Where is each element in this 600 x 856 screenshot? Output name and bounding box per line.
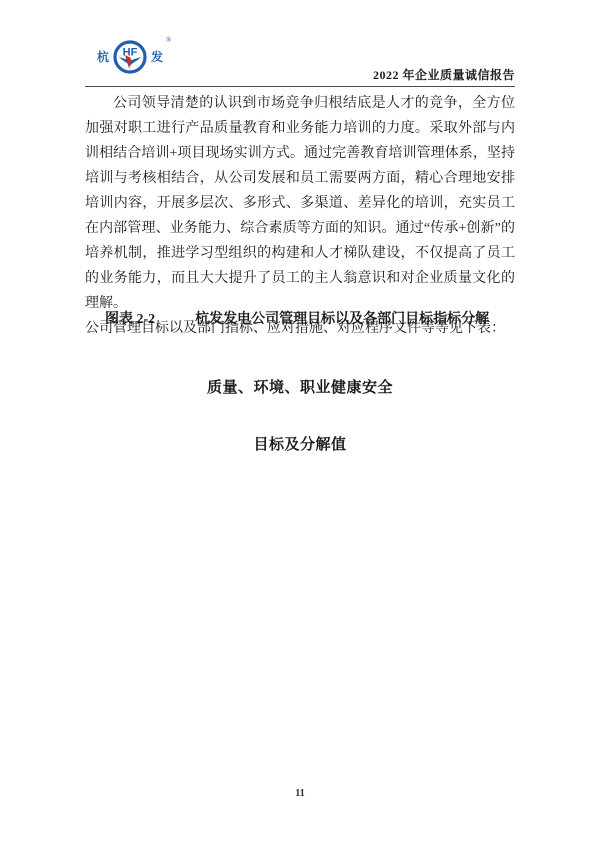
figure-caption-title: 杭发发电公司管理目标以及各部门目标指标分解 (195, 312, 489, 327)
section-heading-quality: 质量、环境、职业健康安全 (0, 376, 600, 397)
page-header: 杭 HF 发 ® 2022 年企业质量诚信报告 (85, 36, 515, 87)
body-text: 公司领导清楚的认识到市场竞争归根结底是人才的竞争，全方位加强对职工进行产品质量教… (85, 91, 515, 341)
page-number: 11 (0, 788, 600, 799)
logo-left-char: 杭 (97, 51, 109, 63)
registered-trademark-icon: ® (166, 36, 171, 44)
body-paragraph: 公司领导清楚的认识到市场竞争归根结底是人才的竞争，全方位加强对职工进行产品质量教… (85, 91, 515, 316)
figure-caption: 图表 2-2杭发发电公司管理目标以及各部门目标指标分解 (105, 308, 489, 328)
section-heading-target: 目标及分解值 (0, 433, 600, 454)
company-logo: 杭 HF 发 ® (97, 38, 171, 76)
report-title: 2022 年企业质量诚信报告 (373, 66, 515, 83)
svg-text:HF: HF (123, 47, 138, 59)
company-emblem-icon: HF (112, 38, 148, 76)
logo-right-char: 发 (151, 51, 163, 63)
document-page: 杭 HF 发 ® 2022 年企业质量诚信报告 公司领导清楚的认识到市场竞争归根… (0, 0, 600, 856)
figure-caption-label: 图表 2-2 (105, 312, 155, 327)
